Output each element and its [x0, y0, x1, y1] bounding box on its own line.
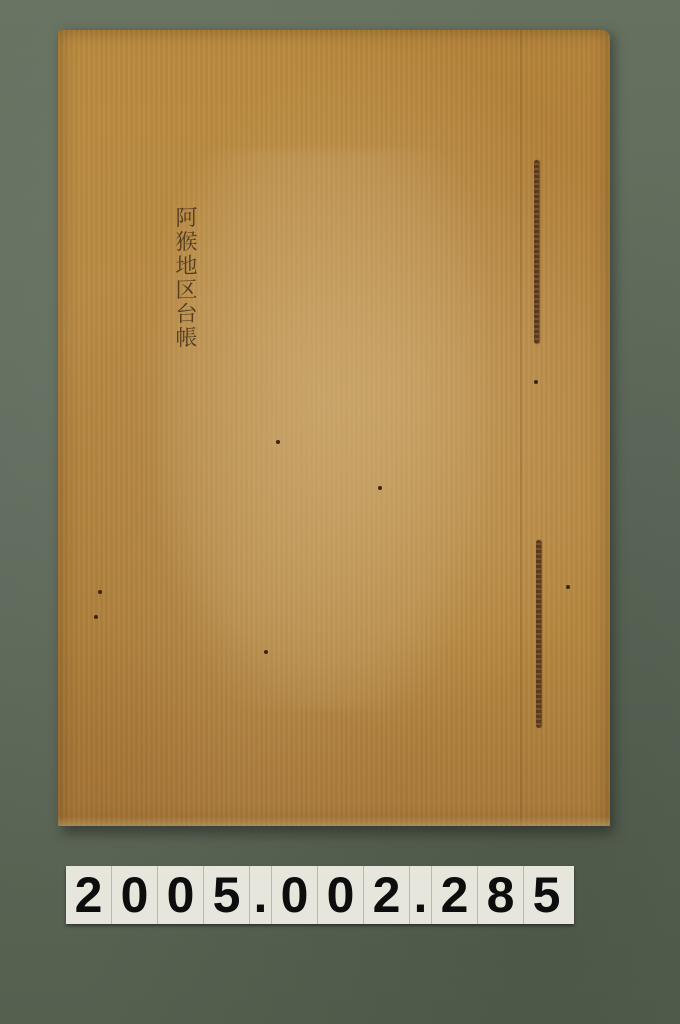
- handwritten-title: 阿猴地区台帳: [170, 206, 198, 351]
- artifact-photo: 阿猴地区台帳 2 0 0 5 . 0 0 2 . 2 8 5: [0, 0, 680, 1024]
- wormhole: [94, 615, 98, 619]
- binding-hole: [534, 380, 538, 384]
- worn-area: [158, 150, 488, 710]
- accession-number-label: 2 0 0 5 . 0 0 2 . 2 8 5: [66, 866, 574, 924]
- label-char: 8: [478, 866, 524, 924]
- label-char: 0: [112, 866, 158, 924]
- wormhole: [276, 440, 280, 444]
- label-char: 0: [272, 866, 318, 924]
- binding-thread-top: [534, 160, 539, 344]
- book-cover: 阿猴地区台帳: [58, 30, 610, 826]
- label-char: 0: [318, 866, 364, 924]
- frayed-bottom-edge: [58, 816, 610, 826]
- label-char: 5: [204, 866, 250, 924]
- wormhole: [264, 650, 268, 654]
- wormhole: [378, 486, 382, 490]
- binding-thread-bottom: [536, 540, 541, 728]
- label-char: 5: [524, 866, 569, 924]
- label-char: 0: [158, 866, 204, 924]
- label-char: 2: [364, 866, 410, 924]
- label-char: 2: [432, 866, 478, 924]
- label-char: 2: [66, 866, 112, 924]
- wormhole: [566, 585, 570, 589]
- label-char: .: [250, 866, 272, 924]
- spine-fold-line: [520, 30, 522, 826]
- label-char: .: [410, 866, 432, 924]
- wormhole: [98, 590, 102, 594]
